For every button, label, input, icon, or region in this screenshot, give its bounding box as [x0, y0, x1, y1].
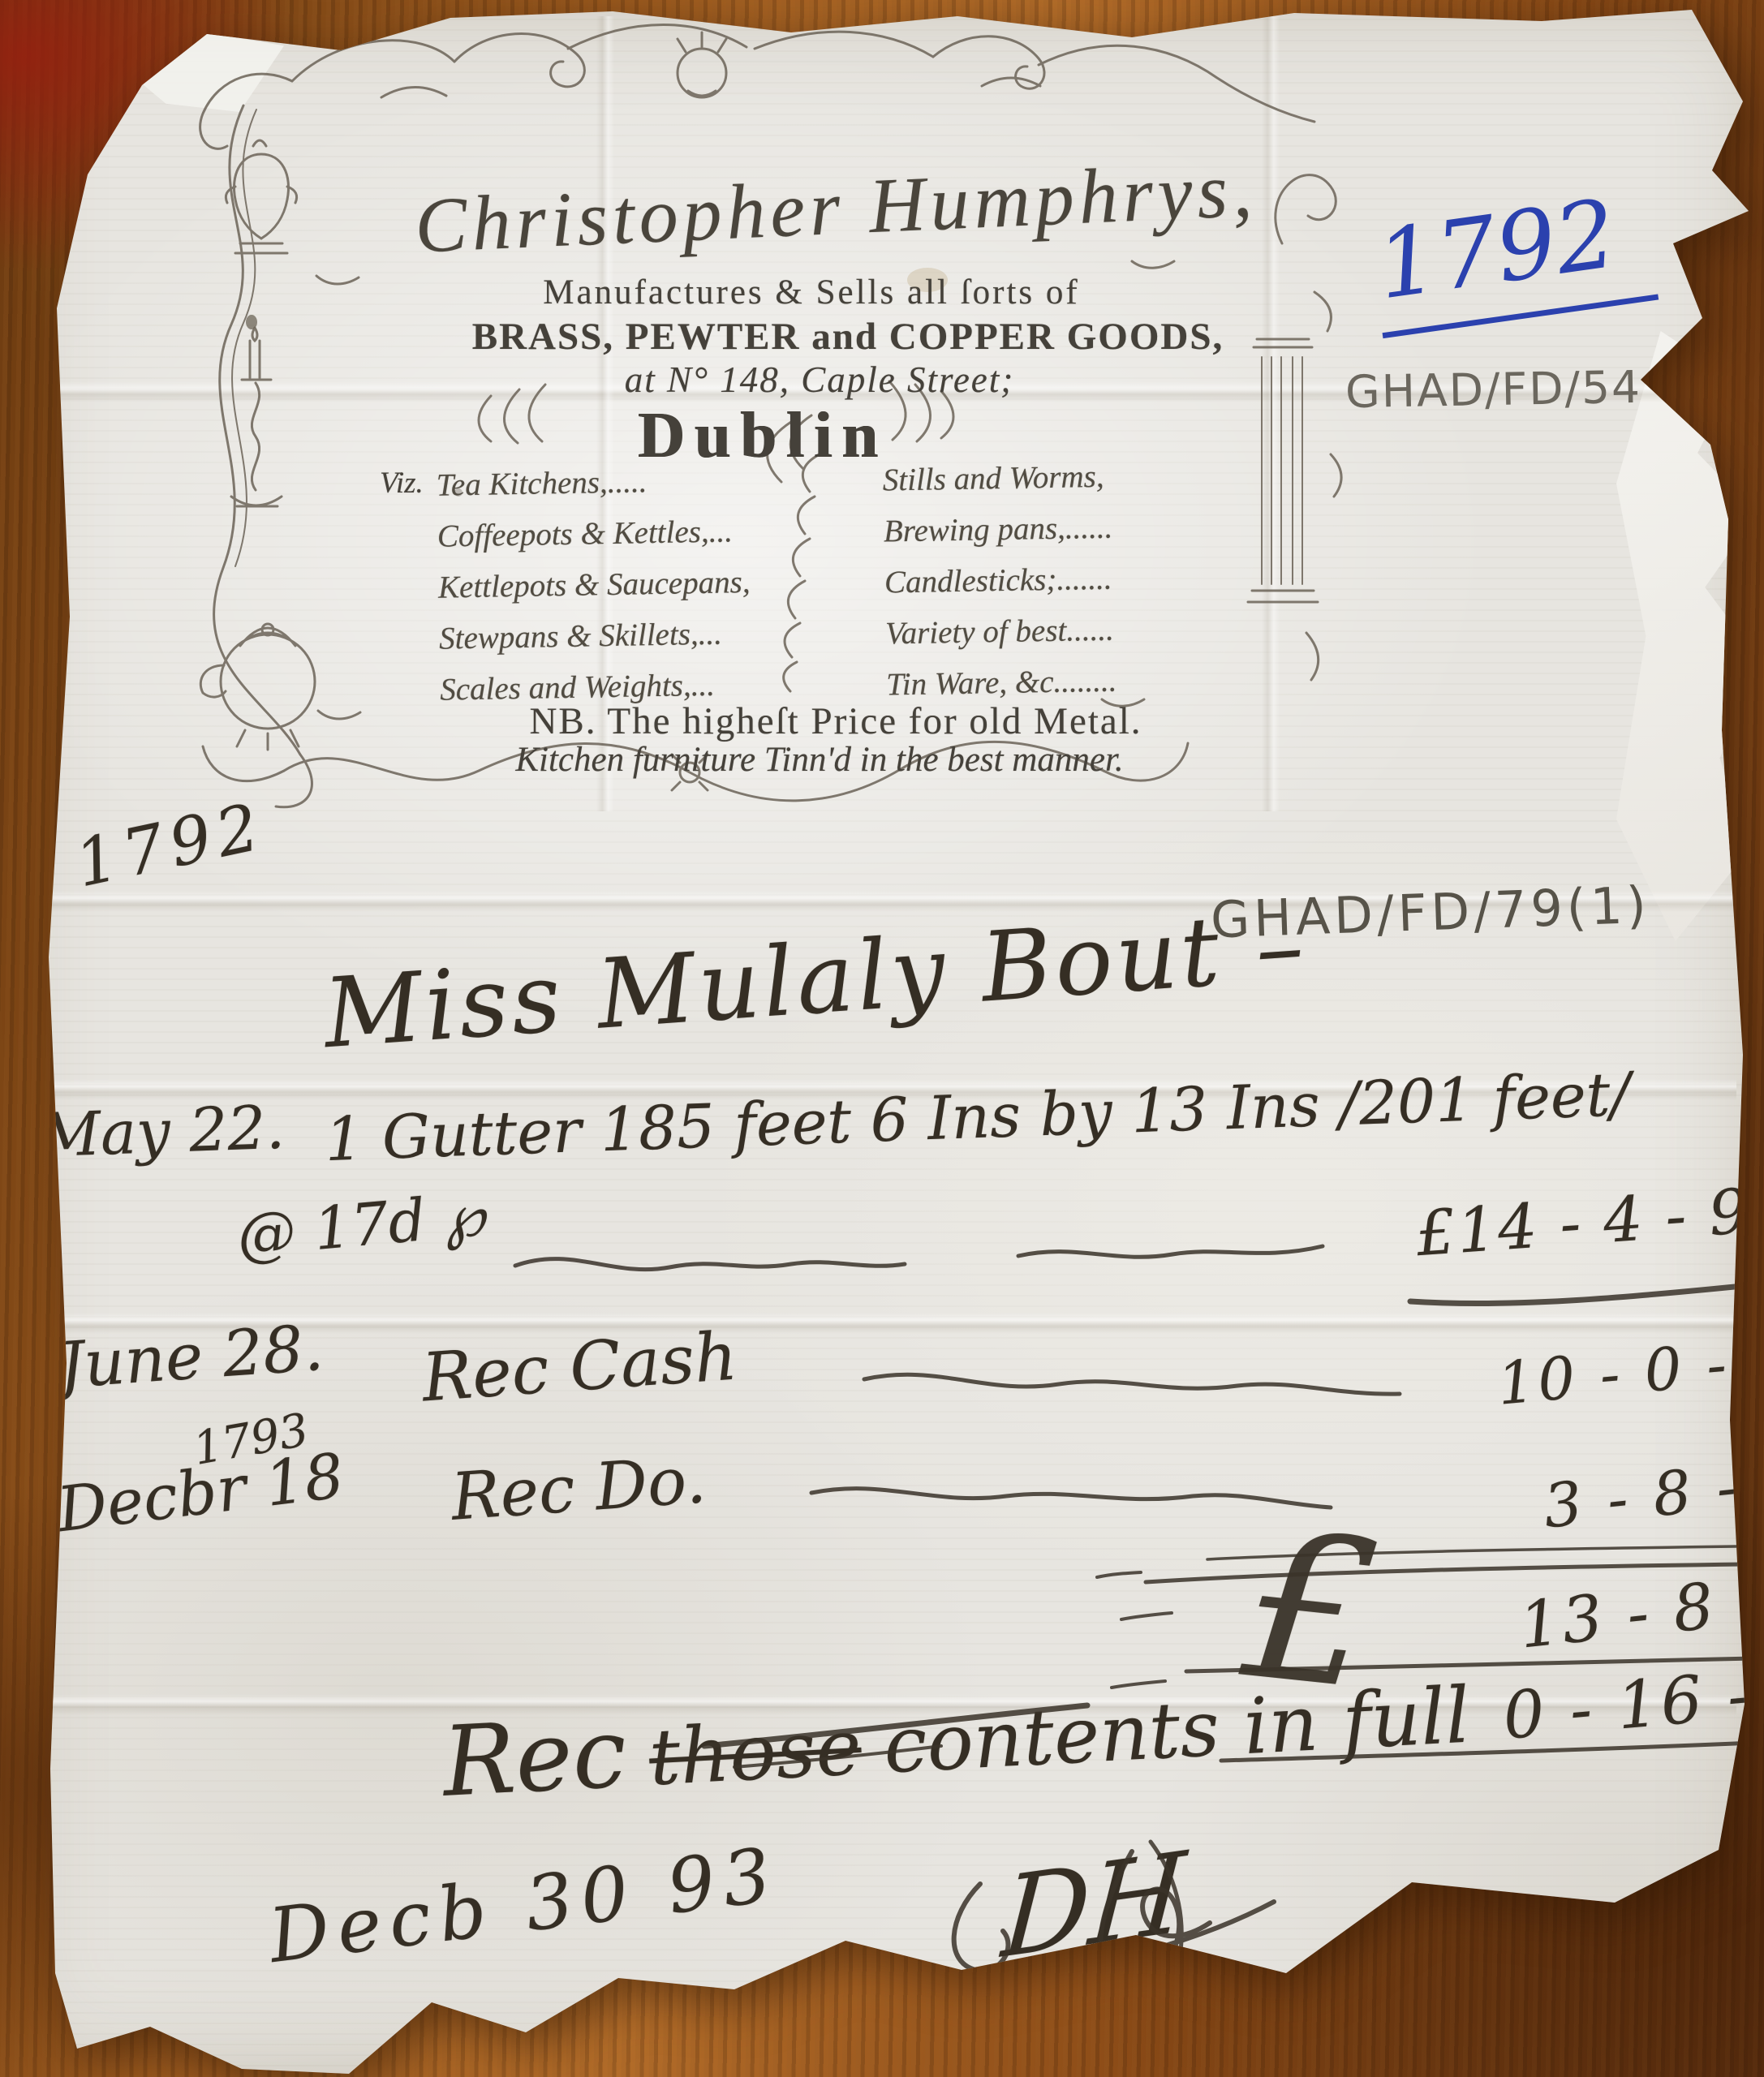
entry-desc-gutter: 1 Gutter 185 feet 6 Ins by 13 Ins /201 f… [324, 1060, 1632, 1175]
tagline: Kitchen furniture Tinn'd in the best man… [389, 740, 1250, 780]
photo-scene: Christopher Humphrys, Manufactures & Sel… [0, 0, 1764, 2077]
viz-label: Viz. [380, 466, 424, 501]
amount-ditto: 3 - 8 - 3 [1540, 1445, 1764, 1542]
product-list-left: Tea Kitchens,..... Coffeepots & Kettles,… [436, 452, 878, 715]
product-item: Stewpans & Skillets,... [439, 605, 878, 664]
torn-flap-top-left [136, 29, 284, 112]
product-item: Kettlepots & Saucepans, [437, 554, 876, 613]
rate-line: @ 17d ℘ [234, 1180, 488, 1270]
receipt-line: Recthosecontents in full [440, 1652, 1495, 1819]
ink-speck [246, 315, 257, 329]
receipt-word-post: contents in full [881, 1671, 1472, 1791]
year-annotation-blue: 1792 [1366, 174, 1659, 338]
amount-item: £14 - 4 - 9 [1413, 1175, 1752, 1271]
product-item: Candlesticks;....... [884, 549, 1306, 608]
manuscript-year: 1792 [69, 789, 272, 902]
nb-line: NB. The higheſt Price for old Metal. [406, 699, 1266, 743]
paper-sheet: Christopher Humphrys, Manufactures & Sel… [0, 0, 1764, 2077]
product-item: Variety of best...... [885, 600, 1308, 659]
receipt-date: Decb 30 93 [265, 1831, 784, 1980]
torn-flap-right [1616, 331, 1764, 941]
receipt-word-struck: those [647, 1703, 863, 1804]
proprietor-name: Christopher Humphrys, [364, 142, 1308, 273]
goods-line: BRASS, PEWTER and COPPER GOODS, [406, 315, 1290, 359]
product-item: Tea Kitchens,..... [436, 452, 875, 510]
product-item: Stills and Worms, [882, 447, 1305, 505]
product-list-right: Stills and Worms, Brewing pans,...... Ca… [882, 447, 1308, 710]
signature-monogram: DH [999, 1828, 1190, 1984]
address-line: at N° 148, Caple Street; [398, 359, 1241, 401]
entry-desc-ditto: Rec Do. [449, 1442, 708, 1535]
total-paid: 13 - 8 - 3 [1516, 1558, 1764, 1662]
archive-ref-top: GHAD/FD/54 [1345, 361, 1641, 418]
amount-cash: 10 - 0 - 0 [1495, 1324, 1764, 1417]
entry-date-may: May 22. [38, 1093, 286, 1172]
paper-shadow-wrap: Christopher Humphrys, Manufactures & Sel… [0, 0, 1764, 2077]
billhead-subtitle: Manufactures & Sells all ſorts of [389, 273, 1233, 312]
product-item: Coffeepots & Kettles,... [437, 503, 876, 561]
receipt-word-pre: Rec [440, 1697, 629, 1819]
product-item: Brewing pans,...... [883, 498, 1306, 557]
customer-line: Miss Mulaly Bout – [321, 889, 1310, 1069]
balance-due: 0 - 16 - 6 [1500, 1651, 1764, 1754]
